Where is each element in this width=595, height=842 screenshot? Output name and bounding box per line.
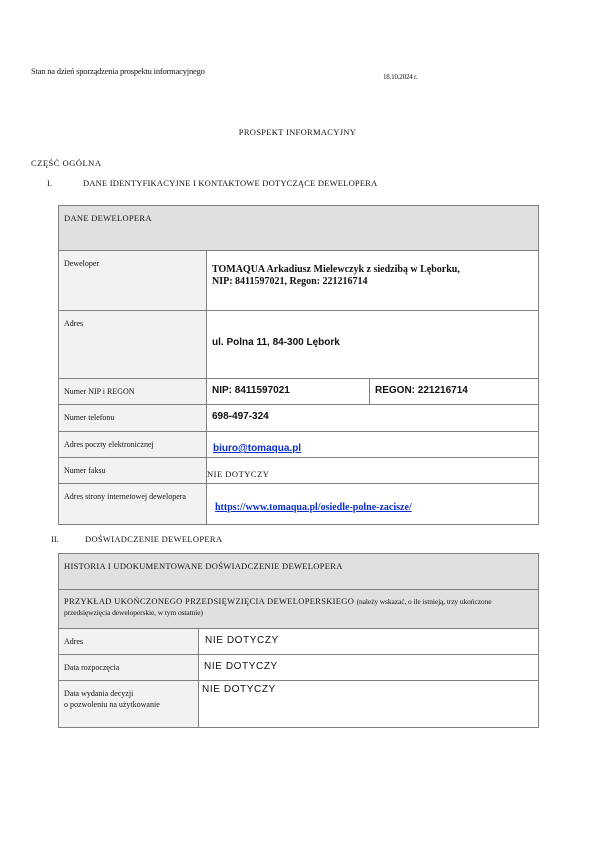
start-date-value: NIE DOTYCZY [199, 655, 539, 681]
table-row: Numer faksu NIE DOTYCZY [59, 458, 539, 484]
website-link[interactable]: https://www.tomaqua.pl/osiedle-polne-zac… [215, 502, 412, 513]
developer-table-header: DANE DEWELOPERA [59, 206, 539, 251]
permit-date-label-line1: Data wydania decyzji [64, 688, 193, 699]
address-value: ul. Polna 11, 84-300 Lębork [207, 311, 539, 379]
table-row: Data wydania decyzji o pozwoleniu na uży… [59, 681, 539, 728]
phone-label: Numer telefonu [59, 405, 207, 432]
section-1-number: I. [47, 178, 52, 188]
permit-date-value: NIE DOTYCZY [199, 681, 539, 728]
table-row: Adres NIE DOTYCZY [59, 629, 539, 655]
email-link[interactable]: biuro@tomaqua.pl [213, 443, 301, 454]
email-value-cell: biuro@tomaqua.pl [207, 432, 539, 458]
table-row: Adres poczty elektronicznej biuro@tomaqu… [59, 432, 539, 458]
developer-data-table: DANE DEWELOPERA Deweloper TOMAQUA Arkadi… [58, 205, 539, 525]
state-date-label: Stan na dzień sporządzenia prospektu inf… [31, 66, 205, 76]
table-subheader-row: PRZYKŁAD UKOŃCZONEGO PRZEDSIĘWZIĘCIA DEW… [59, 590, 539, 629]
developer-ids: NIP: 8411597021, Regon: 221216714 [212, 276, 533, 288]
table-row: Numer telefonu 698-497-324 [59, 405, 539, 432]
table-row: Deweloper TOMAQUA Arkadiusz Mielewczyk z… [59, 251, 539, 311]
table-row: Data rozpoczęcia NIE DOTYCZY [59, 655, 539, 681]
table-row: Numer NIP i REGON NIP: 8411597021 REGON:… [59, 379, 539, 405]
completed-project-subheader: PRZYKŁAD UKOŃCZONEGO PRZEDSIĘWZIĘCIA DEW… [59, 590, 539, 629]
section-general-heading: CZĘŚĆ OGÓLNA [31, 158, 101, 168]
website-label: Adres strony internetowej dewelopera [59, 484, 207, 525]
start-date-label: Data rozpoczęcia [59, 655, 199, 681]
table-header-row: HISTORIA I UDOKUMENTOWANE DOŚWIADCZENIE … [59, 554, 539, 590]
phone-value: 698-497-324 [207, 405, 539, 432]
completed-project-title: PRZYKŁAD UKOŃCZONEGO PRZEDSIĘWZIĘCIA DEW… [64, 596, 354, 606]
experience-table-header: HISTORIA I UDOKUMENTOWANE DOŚWIADCZENIE … [59, 554, 539, 590]
permit-date-label-line2: o pozwoleniu na użytkowanie [64, 699, 193, 710]
section-2-number: II. [51, 534, 59, 544]
regon-value: REGON: 221216714 [370, 379, 539, 405]
nip-regon-label: Numer NIP i REGON [59, 379, 207, 405]
project-address-label: Adres [59, 629, 199, 655]
address-label: Adres [59, 311, 207, 379]
section-1-title: DANE IDENTYFIKACYJNE I KONTAKTOWE DOTYCZ… [83, 178, 377, 188]
permit-date-label: Data wydania decyzji o pozwoleniu na uży… [59, 681, 199, 728]
state-date-value: 18.10.2024 r. [383, 73, 417, 81]
table-row: Adres ul. Polna 11, 84-300 Lębork [59, 311, 539, 379]
website-value-cell: https://www.tomaqua.pl/osiedle-polne-zac… [207, 484, 539, 525]
nip-value: NIP: 8411597021 [207, 379, 370, 405]
document-title: PROSPEKT INFORMACYJNY [0, 127, 595, 137]
email-label: Adres poczty elektronicznej [59, 432, 207, 458]
developer-label: Deweloper [59, 251, 207, 311]
table-header-row: DANE DEWELOPERA [59, 206, 539, 251]
developer-experience-table: HISTORIA I UDOKUMENTOWANE DOŚWIADCZENIE … [58, 553, 539, 728]
fax-label: Numer faksu [59, 458, 207, 484]
table-row: Adres strony internetowej dewelopera htt… [59, 484, 539, 525]
developer-value: TOMAQUA Arkadiusz Mielewczyk z siedzibą … [207, 251, 539, 311]
developer-name: TOMAQUA Arkadiusz Mielewczyk z siedzibą … [212, 264, 533, 276]
project-address-value: NIE DOTYCZY [199, 629, 539, 655]
fax-value: NIE DOTYCZY [207, 458, 539, 484]
section-2-title: DOŚWIADCZENIE DEWELOPERA [85, 534, 222, 544]
